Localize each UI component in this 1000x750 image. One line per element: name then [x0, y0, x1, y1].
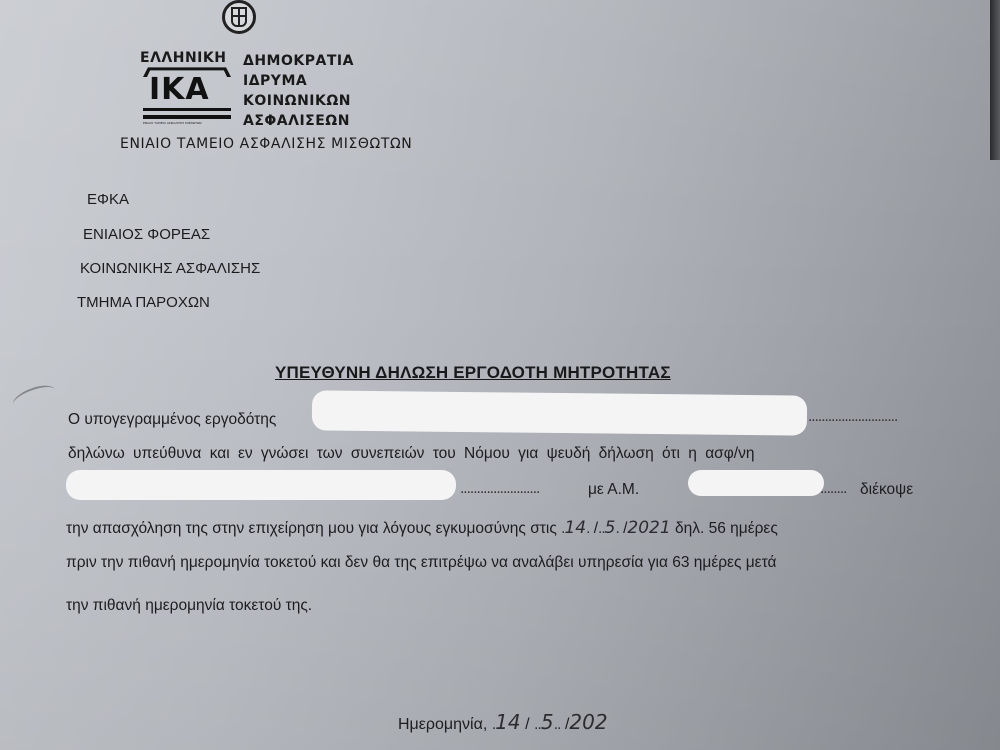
declaration-line: δηλώνω υπεύθυνα και εν γνώσει των συνεπε… — [68, 445, 754, 463]
header-line-3: ΚΟΙΝΩΝΙΚΩΝ — [243, 93, 351, 109]
header-line-1: ΔΗΜΟΚΡΑΤΙΑ — [243, 53, 354, 69]
header-left-word: ΕΛΛΗΝΙΚΗ — [140, 50, 226, 66]
insured-name-dots: ........................ — [460, 480, 539, 498]
interruption-line: την απασχόληση της στην επιχείρηση μου γ… — [66, 518, 778, 538]
redaction-employer — [312, 390, 807, 435]
recipient-line-1: ΕΦΚΑ — [87, 191, 129, 208]
employer-label: Ο υπογεγραμμένος εργοδότης — [68, 411, 276, 428]
interruption-month: 5 — [605, 518, 616, 538]
header-subtitle: ΕΝΙΑΙΟ ΤΑΜΕΙΟ ΑΣΦΑΛΙΣΗΣ ΜΙΣΘΩΤΩΝ — [120, 136, 412, 152]
date-line: Ημερομηνία, .14 / ..5.. /202 — [398, 710, 608, 734]
interruption-year: 2021 — [627, 518, 670, 538]
date-year: 202 — [569, 710, 607, 734]
pen-mark — [10, 381, 58, 413]
interrupted-label: διέκοψε — [860, 481, 913, 499]
date-label: Ημερομηνία, — [398, 716, 487, 733]
ika-logo: ΙΚΑ ΕΝΙΑΙΟ ΤΑΜΕΙΟ ΑΣΦΑΛΙΣΗΣ ΜΙΣΘΩΤΩΝ — [143, 65, 233, 125]
recipient-line-3: ΚΟΙΝΩΝΙΚΗΣ ΑΣΦΑΛΙΣΗΣ — [80, 260, 260, 277]
am-label: με Α.Μ. — [588, 481, 639, 499]
employer-line: Ο υπογεγραμμένος εργοδότης — [68, 411, 276, 429]
redaction-insured-name — [66, 470, 456, 500]
redaction-am-number — [688, 470, 824, 496]
interruption-day: 14 — [564, 518, 586, 538]
date-month: 5 — [541, 710, 554, 734]
recipient-line-4: ΤΜΗΜΑ ΠΑΡΟΧΩΝ — [77, 294, 210, 311]
header-line-2: ΙΔΡΥΜΑ — [243, 73, 307, 89]
greek-coat-of-arms-icon — [222, 0, 256, 34]
interruption-text: την απασχόληση της στην επιχείρηση μου γ… — [66, 520, 557, 537]
date-day: 14 — [495, 710, 520, 734]
document-title: ΥΠΕΥΘΥΝΗ ΔΗΛΩΣΗ ΕΡΓΟΔΟΤΗ ΜΗΤΡΟΤΗΤΑΣ — [275, 363, 671, 383]
days-before-text: δηλ. 56 ημέρες — [675, 520, 778, 537]
ika-logo-text: ΙΚΑ — [149, 72, 210, 107]
ika-logo-caption: ΕΝΙΑΙΟ ΤΑΜΕΙΟ ΑΣΦΑΛΙΣΗΣ ΜΙΣΘΩΤΩΝ — [143, 121, 231, 125]
employer-dots: ........................... — [808, 408, 897, 426]
birth-date-line: την πιθανή ημερομηνία τοκετού της. — [66, 597, 312, 615]
header-line-4: ΑΣΦΑΛΙΣΕΩΝ — [243, 113, 350, 129]
leave-line: πριν την πιθανή ημερομηνία τοκετού και δ… — [66, 554, 776, 572]
recipient-line-2: ΕΝΙΑΙΟΣ ΦΟΡΕΑΣ — [83, 226, 210, 243]
background-edge — [990, 0, 1000, 160]
